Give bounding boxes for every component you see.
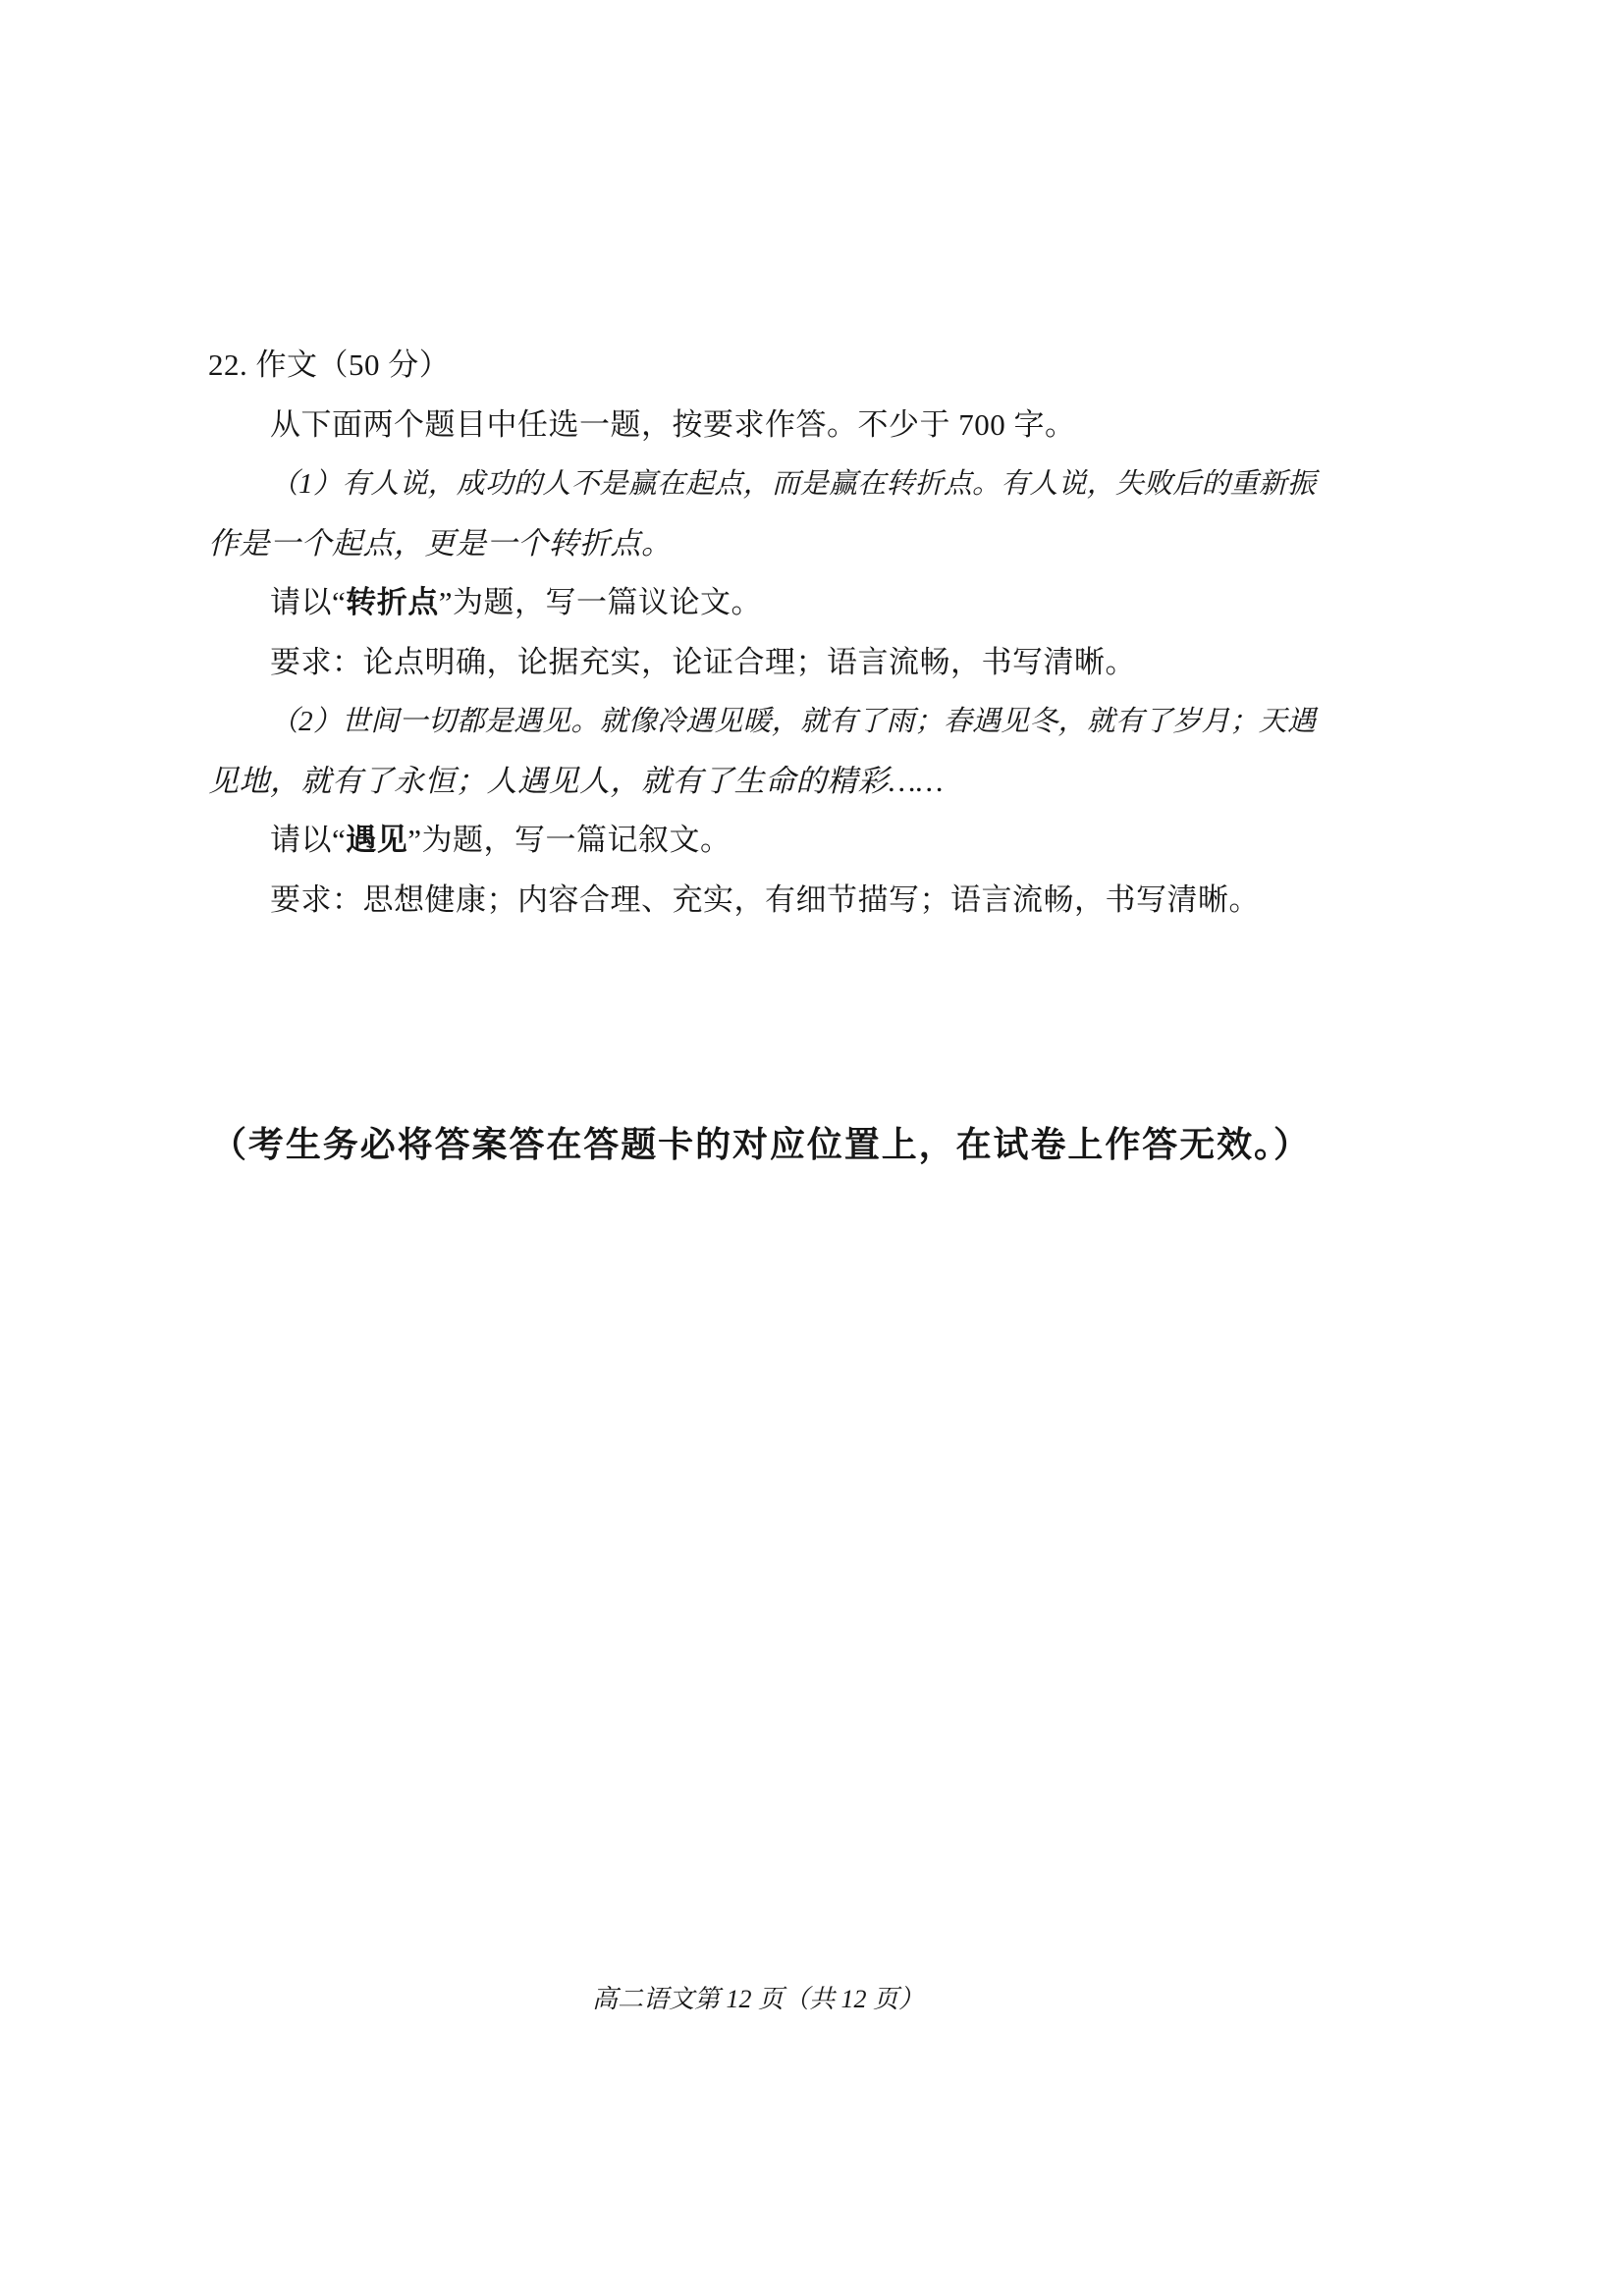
option2-prompt-line1: （2）世间一切都是遇见。就像冷遇见暖，就有了雨；春遇见冬，就有了岁月；天遇 [208, 692, 1316, 752]
option1-prompt-line2: 作是一个起点，更是一个转折点。 [208, 514, 1316, 574]
option2-title-keyword: 遇见 [346, 823, 407, 857]
option1-prompt-line1: （1）有人说，成功的人不是赢在起点，而是赢在转折点。有人说，失败后的重新振 [208, 454, 1316, 514]
option2-title-line: 请以“遇见”为题，写一篇记叙文。 [208, 811, 1316, 871]
question-intro-line: 从下面两个题目中任选一题，按要求作答。不少于 700 字。 [208, 396, 1316, 455]
option2-requirements-line: 要求：思想健康；内容合理、充实，有细节描写；语言流畅，书写清晰。 [208, 871, 1316, 931]
exam-paper-page: 22. 作文（50 分） 从下面两个题目中任选一题，按要求作答。不少于 700 … [0, 0, 1624, 2296]
option1-requirements-line: 要求：论点明确，论据充实，论证合理；语言流畅，书写清晰。 [208, 633, 1316, 693]
answer-sheet-notice: （考生务必将答案答在答题卡的对应位置上，在试卷上作答无效。） [211, 1115, 1309, 1174]
option2-prompt-line2: 见地，就有了永恒；人遇见人，就有了生命的精彩…… [208, 752, 1316, 812]
option1-title-line: 请以“转折点”为题，写一篇议论文。 [208, 573, 1316, 633]
page-footer: 高二语文第 12 页（共 12 页） [0, 1982, 1516, 2017]
option2-title-prefix: 请以“ [270, 823, 346, 857]
option2-title-suffix: ”为题，写一篇记叙文。 [407, 823, 731, 857]
option1-title-suffix: ”为题，写一篇议论文。 [439, 585, 762, 619]
option1-title-keyword: 转折点 [346, 585, 439, 619]
option1-title-prefix: 请以“ [270, 585, 346, 619]
question-number-heading: 22. 作文（50 分） [208, 336, 1316, 396]
essay-question-block: 22. 作文（50 分） 从下面两个题目中任选一题，按要求作答。不少于 700 … [208, 336, 1316, 930]
